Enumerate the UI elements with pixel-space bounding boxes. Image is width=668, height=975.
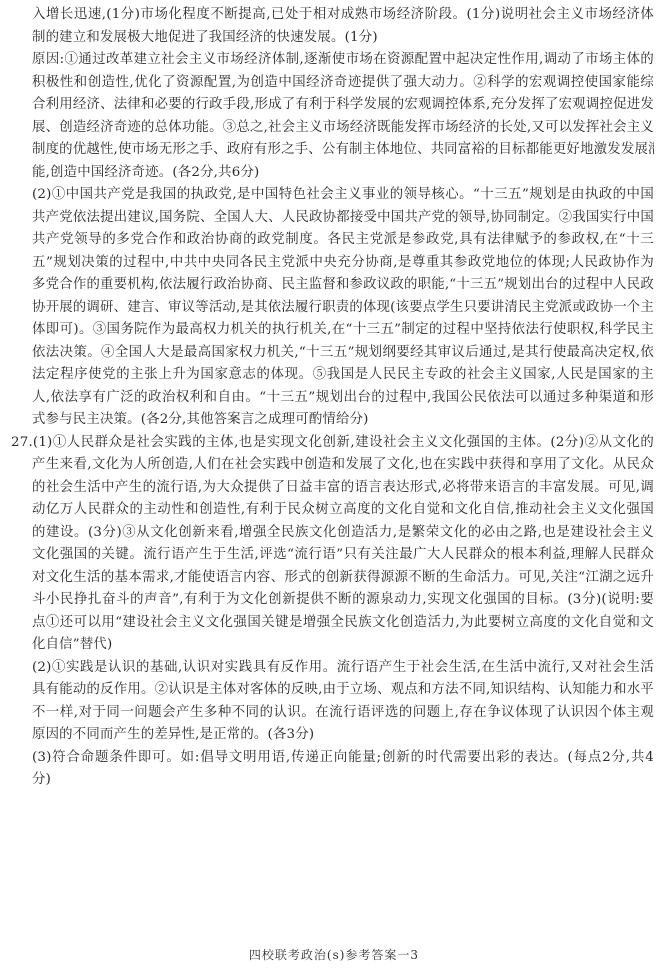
text-line: 合利用经济、法律和必要的行政手段,形成了有利于科学发展的宏观调控体系,充分发挥了… [32, 94, 654, 117]
text-line: 原因:①通过改革建立社会主义市场经济体制,逐渐使市场在资源配置中起决定性作用,调… [32, 49, 654, 72]
text-line: 式参与民主决策。(各2分,其他答案言之成理可酌情给分) [32, 409, 654, 432]
text-line: 人,依法享有广泛的政治权利和自由。“十三五”规划出台的过程中,我国公民依法可以通… [32, 387, 654, 410]
text-line: (2)①实践是认识的基础,认识对实践具有反作用。流行语产生于社会生活,在生活中流… [32, 657, 654, 680]
text-line: 共产党领导的多党合作和政治协商的政党制度。各民主党派是参政党,具有法律赋予的参政… [32, 229, 654, 252]
text-line: 展、创造经济奇迹的总体功能。③总之,社会主义市场经济既能发挥市场经济的长处,又可… [32, 117, 654, 140]
text-line: 不一样,对于同一问题会产生多种不同的认识。在流行语评选的问题上,存在争议体现了认… [32, 702, 654, 725]
text-line: 依法决策。④全国人大是最高国家权力机关,“十三五”规划纲要经其审议后通过,是其行… [32, 342, 654, 365]
answer-text-block: 入增长迅速,(1分)市场化程度不断提高,已处于相对成熟市场经济阶段。(1分)说明… [32, 4, 654, 792]
text-line: 动亿万人民群众的主动性和创造性,有利于民众树立高度的文化自觉和文化自信,推动社会… [32, 499, 654, 522]
text-line: 对文化生活的基本需求,才能使语言内容、形式的创新获得源源不断的生命活力。可见,关… [32, 567, 654, 590]
text-line: 共产党依法提出建议,国务院、全国人大、人民政协都接受中国共产党的领导,协同制定。… [32, 207, 654, 230]
text-line: 能,创造中国经济奇迹。(各2分,共6分) [32, 162, 654, 185]
answer-key-page: 入增长迅速,(1分)市场化程度不断提高,已处于相对成熟市场经济阶段。(1分)说明… [0, 0, 668, 975]
text-line: (2)①中国共产党是我国的执政党,是中国特色社会主义事业的领导核心。“十三五”规… [32, 184, 654, 207]
text-line: 的社会生活中产生的流行语,为大众提供了日益丰富的语言表达形式,必将带来语言的丰富… [32, 477, 654, 500]
text-line: (3)符合命题条件即可。如:倡导文明用语,传递正向能量;创新的时代需要出彩的表达… [32, 747, 654, 770]
text-line: 多党合作的重要机构,依法履行政治协商、民主监督和参政议政的职能,“十三五”规划出… [32, 274, 654, 297]
text-line: 文化强国的关键。流行语产生于生活,评选“流行语”只有关注最广大人民群众的根本利益… [32, 544, 654, 567]
text-line: 入增长迅速,(1分)市场化程度不断提高,已处于相对成熟市场经济阶段。(1分)说明… [32, 4, 654, 27]
text-line: 原因的不同而产生的差异性,是正常的。(各3分) [32, 724, 654, 747]
text-line: 制的建立和发展极大地促进了我国经济的快速发展。(1分) [32, 27, 654, 50]
text-line: 具有能动的反作用。②认识是主体对客体的反映,由于立场、观点和方法不同,知识结构、… [32, 679, 654, 702]
page-footer: 四校联考政治(s)参考答案一3 [0, 946, 668, 963]
text-line: 斗小民挣扎奋斗的声音”,有利于为文化创新提供不断的源泉动力,实现文化强国的目标。… [32, 589, 654, 612]
text-line: 法定程序使党的主张上升为国家意志的体现。⑤我国是人民民主专政的社会主义国家,人民… [32, 364, 654, 387]
text-line: 化自信”替代) [32, 634, 654, 657]
text-line: 产生来看,文化为人所创造,人们在社会实践中创造和发展了文化,也在实践中获得和享用… [32, 454, 654, 477]
text-line: 制度的优越性,使市场无形之手、政府有形之手、公有制主体地位、共同富裕的目标都能更… [32, 139, 654, 162]
question-27-heading-line: 27.(1)①人民群众是社会实践的主体,也是实现文化创新,建设社会主义文化强国的… [11, 432, 654, 455]
text-line: 点①还可以用“建设社会主义文化强国关键是增强全民族文化创造活力,为此要树立高度的… [32, 612, 654, 635]
text-line: 分) [32, 769, 654, 792]
text-line: 协开展的调研、建言、审议等活动,是其依法履行职责的体现(该要点学生只要讲清民主党… [32, 297, 654, 320]
text-line: 体即可)。③国务院作为最高权力机关的执行机关,在“十三五”制定的过程中坚持依法行… [32, 319, 654, 342]
text-line: 五”规划决策的过程中,中共中央同各民主党派中央充分协商,是尊重其参政党地位的体现… [32, 252, 654, 275]
text-line: 积极性和创造性,优化了资源配置,为创造中国经济奇迹提供了强大动力。②科学的宏观调… [32, 72, 654, 95]
text-line: 的建设。(3分)③从文化创新来看,增强全民族文化创造活力,是繁荣文化的必由之路,… [32, 522, 654, 545]
